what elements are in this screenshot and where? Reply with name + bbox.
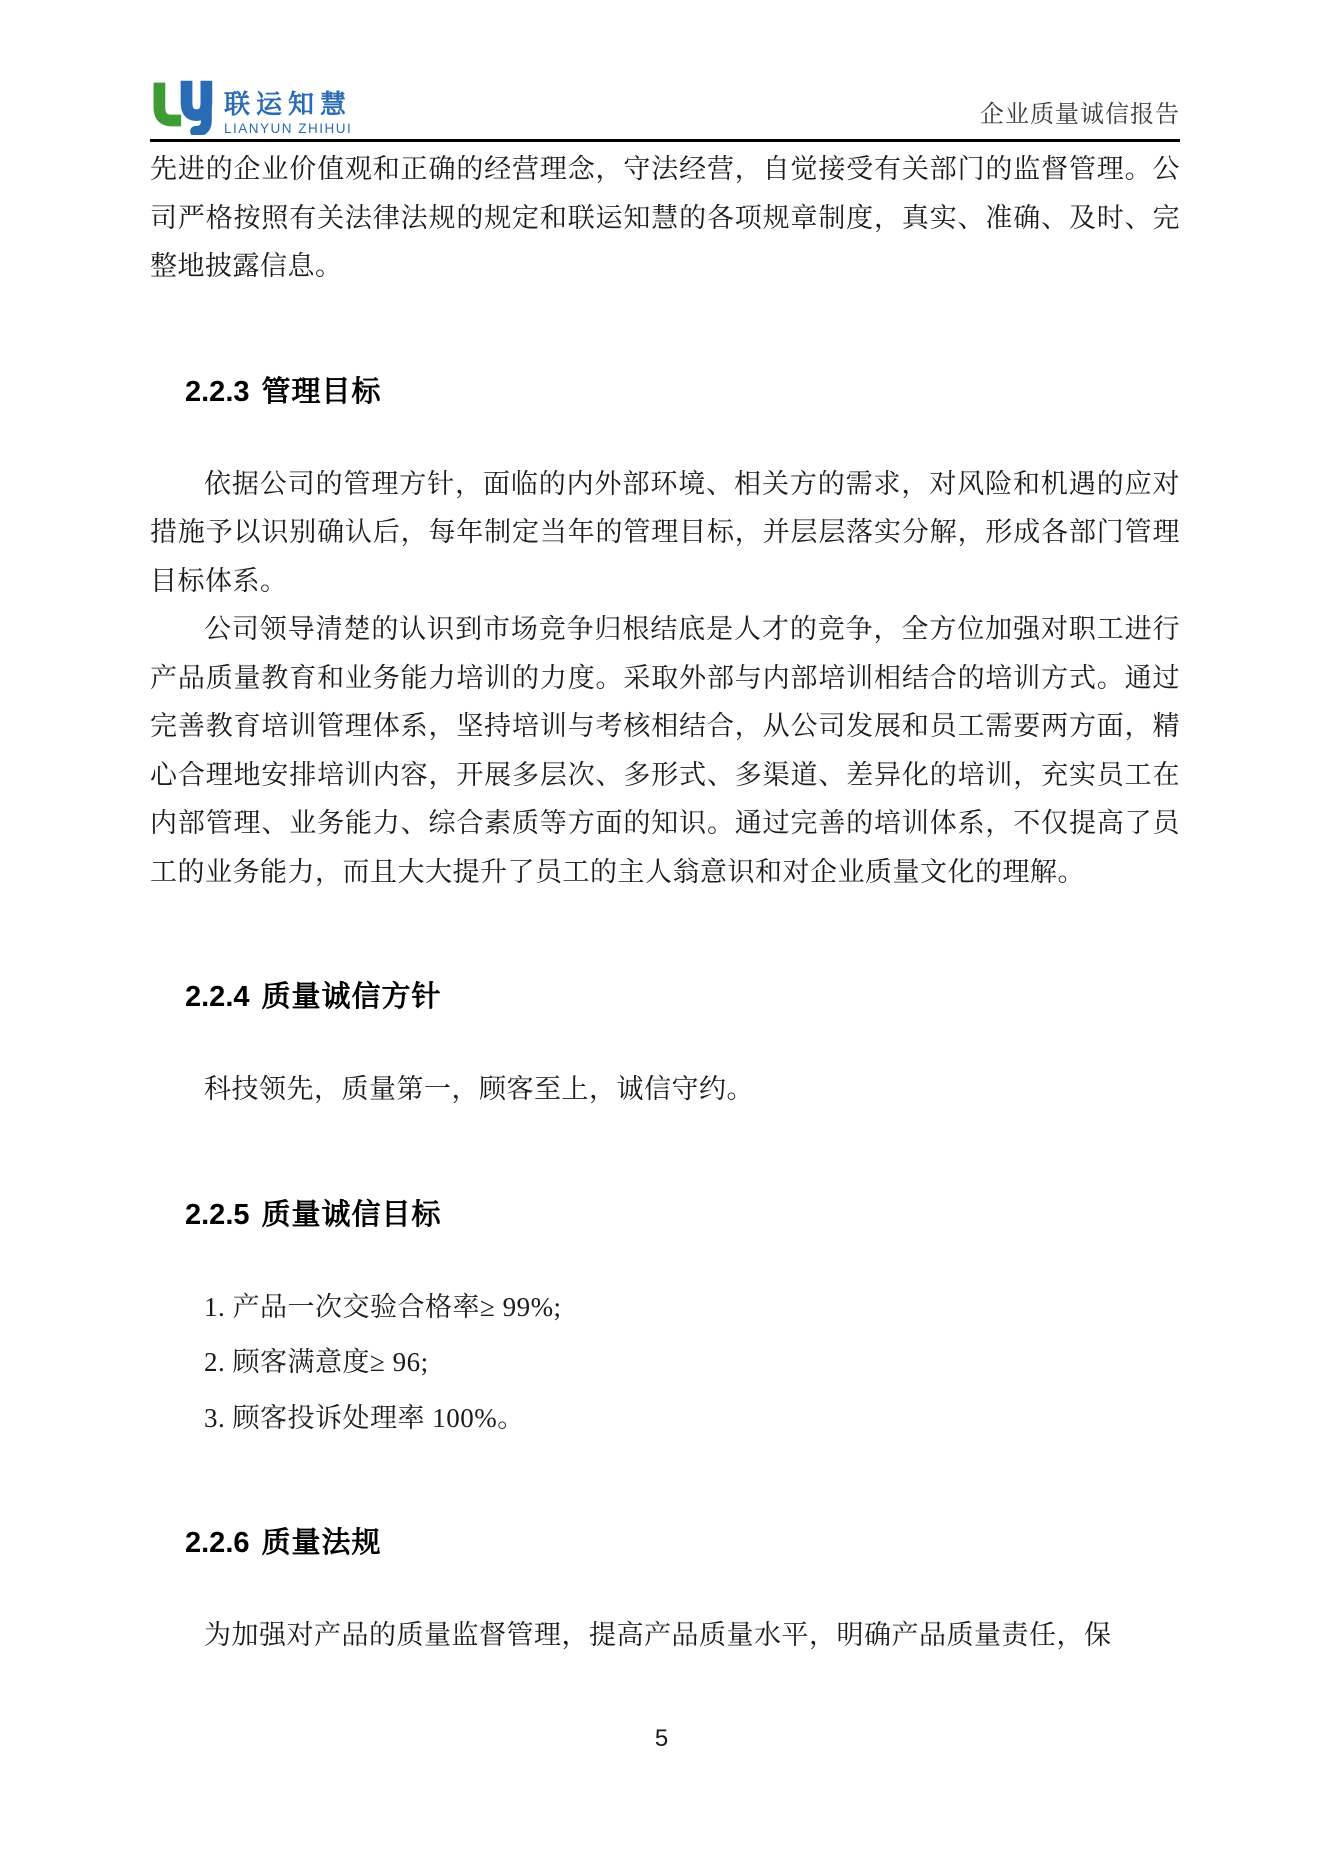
logo-text: 联运知慧 LIANYUN ZHIHUI bbox=[224, 91, 352, 136]
goal-item: 3. 顾客投诉处理率 100%。 bbox=[150, 1394, 1180, 1443]
company-logo: 联运知慧 LIANYUN ZHIHUI bbox=[150, 79, 352, 135]
section-title: 质量诚信方针 bbox=[262, 981, 442, 1013]
page-number: 5 bbox=[655, 1725, 668, 1752]
document-page: 联运知慧 LIANYUN ZHIHUI 企业质量诚信报告 先进的企业价值观和正确… bbox=[0, 0, 1323, 1871]
logo-title-english: LIANYUN ZHIHUI bbox=[224, 122, 352, 136]
logo-lu-monogram-icon bbox=[150, 79, 214, 135]
goal-item: 1. 产品一次交验合格率≥ 99%; bbox=[150, 1283, 1180, 1332]
section-title: 质量诚信目标 bbox=[262, 1199, 442, 1231]
section-title: 质量法规 bbox=[262, 1527, 382, 1559]
section-heading-2-2-4: 2.2.4质量诚信方针 bbox=[150, 974, 1180, 1015]
intro-paragraph: 先进的企业价值观和正确的经营理念，守法经营，自觉接受有关部门的监督管理。公司严格… bbox=[150, 145, 1180, 291]
section-number: 2.2.3 bbox=[185, 376, 250, 408]
section-number: 2.2.4 bbox=[185, 981, 250, 1013]
section-title: 管理目标 bbox=[262, 376, 382, 408]
paragraph: 为加强对产品的质量监督管理，提高产品质量水平，明确产品质量责任，保 bbox=[150, 1611, 1180, 1660]
section-number: 2.2.5 bbox=[185, 1199, 250, 1231]
page-footer: 5 bbox=[0, 1725, 1323, 1753]
section-heading-2-2-5: 2.2.5质量诚信目标 bbox=[150, 1192, 1180, 1233]
logo-title-chinese: 联运知慧 bbox=[224, 91, 352, 117]
paragraph: 依据公司的管理方针，面临的内外部环境、相关方的需求，对风险和机遇的应对措施予以识… bbox=[150, 460, 1180, 606]
section-heading-2-2-6: 2.2.6质量法规 bbox=[150, 1520, 1180, 1561]
section-heading-2-2-3: 2.2.3管理目标 bbox=[150, 369, 1180, 410]
document-title: 企业质量诚信报告 bbox=[980, 94, 1180, 135]
document-body: 先进的企业价值观和正确的经营理念，守法经营，自觉接受有关部门的监督管理。公司严格… bbox=[150, 145, 1180, 1660]
goal-item: 2. 顾客满意度≥ 96; bbox=[150, 1338, 1180, 1387]
page-header: 联运知慧 LIANYUN ZHIHUI 企业质量诚信报告 bbox=[150, 0, 1180, 142]
paragraph: 公司领导清楚的认识到市场竞争归根结底是人才的竞争，全方位加强对职工进行产品质量教… bbox=[150, 605, 1180, 896]
section-number: 2.2.6 bbox=[185, 1527, 250, 1559]
paragraph: 科技领先，质量第一，顾客至上，诚信守约。 bbox=[150, 1065, 1180, 1114]
